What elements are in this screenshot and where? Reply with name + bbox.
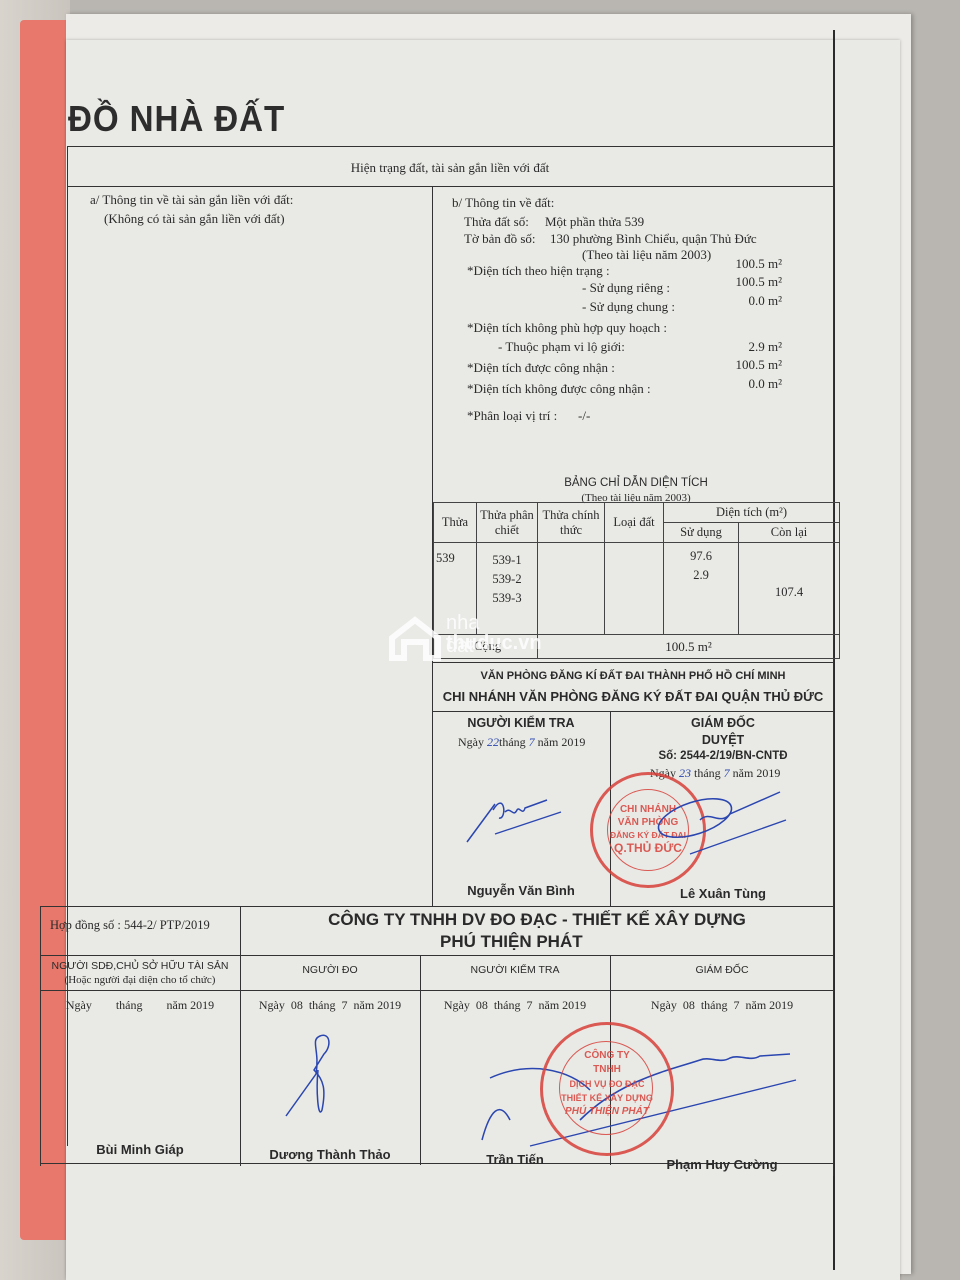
company-name-2: PHÚ THIỆN PHÁT (440, 932, 583, 952)
map-label: Tờ bản đồ số: (464, 231, 536, 247)
director-name: Lê Xuân Tùng (612, 886, 834, 901)
signer-title: NGƯỜI SDĐ,CHỦ SỞ HỮU TÀI SẢN (40, 960, 240, 972)
column-divider (420, 955, 421, 1165)
decision-number: Số: 2544-2/19/BN-CNTĐ (612, 750, 834, 762)
date-year: năm 2019 (733, 766, 781, 780)
frame-right (833, 146, 834, 1176)
section-header: Hiện trạng đất, tài sản gắn liền với đất (67, 160, 833, 176)
sub-parcel: 539-3 (479, 589, 535, 608)
parcel-value: Một phần thửa 539 (545, 214, 644, 230)
cell-loai-dat (605, 543, 664, 635)
stamp-line: PHÚ THIỆN PHÁT (543, 1105, 671, 1119)
signer-date: Ngày tháng năm 2019 (40, 998, 240, 1013)
date-day: 22 (487, 735, 499, 749)
area-row-label: - Thuộc phạm vi lộ giới: (498, 339, 625, 355)
map-value: 130 phường Bình Chiểu, quận Thủ Đức (550, 231, 757, 247)
signer-title: NGƯỜI KIỂM TRA (420, 964, 610, 976)
date-prefix: Ngày (458, 735, 484, 749)
signer-name: Phạm Huy Cường (610, 1157, 834, 1172)
signature-director (650, 790, 790, 860)
area-row-value: 100.5 m² (735, 357, 782, 373)
signer-name: Trần Tiến (420, 1152, 610, 1167)
area-row-label: *Diện tích không phù hợp quy hoạch : (467, 320, 667, 336)
divider (40, 906, 834, 907)
signer-title: GIÁM ĐỐC (610, 964, 834, 976)
date-month-word: tháng (694, 766, 721, 780)
document-title: ĐỒ NHÀ ĐẤT (68, 98, 285, 140)
total-value: 100.5 m² (538, 635, 840, 659)
parcel-label: Thửa đất số: (464, 214, 529, 230)
signer-date: Ngày 08 tháng 7 năm 2019 (420, 998, 610, 1013)
divider (432, 662, 834, 663)
date-month: 7 (529, 735, 535, 749)
cell-sub-parcels: 539-1 539-2 539-3 (477, 543, 538, 635)
signature-inspector (465, 790, 565, 850)
area-row-label: *Diện tích không được công nhận : (467, 381, 651, 397)
header-thua: Thửa (434, 503, 477, 543)
area-row-value: 100.5 m² (735, 256, 782, 272)
signature-surveyor (280, 1030, 360, 1120)
date-month-word: tháng (499, 735, 526, 749)
signer-subtitle: (Hoặc người đại diện cho tổ chức) (40, 974, 240, 986)
date-month: 7 (724, 766, 730, 780)
sub-parcel: 539-1 (479, 551, 535, 570)
section-a-note: (Không có tài sản gắn liền với đất) (104, 211, 285, 227)
area-row-value: 2.9 m² (748, 339, 782, 355)
area-row-label: - Sử dụng chung : (582, 299, 675, 315)
cell-thua-chinh-thuc (538, 543, 605, 635)
divider (432, 711, 834, 712)
section-b-heading: b/ Thông tin về đất: (452, 195, 554, 211)
contract-number: Hợp đồng số : 544-2/ PTP/2019 (50, 918, 210, 933)
area-row-value: -/- (578, 408, 590, 424)
date-year: năm 2019 (538, 735, 586, 749)
section-a-heading: a/ Thông tin về tài sản gắn liền với đất… (90, 192, 293, 208)
source-note: (Theo tài liệu năm 2003) (582, 247, 711, 263)
stamp-text: CÔNG TY TNHH DỊCH VỤ ĐO ĐẠC THIẾT KẾ XÂY… (543, 1049, 671, 1119)
area-table-title: BẢNG CHỈ DẪN DIỆN TÍCH (432, 477, 840, 489)
header-loai-dat: Loại đất (605, 503, 664, 543)
signer-name: Dương Thành Thảo (240, 1147, 420, 1162)
house-logo-icon (388, 616, 442, 662)
inspector-date: Ngày 22tháng 7 năm 2019 (458, 735, 585, 750)
su-dung-value: 2.9 (666, 566, 736, 585)
office-line2: CHI NHÁNH VĂN PHÒNG ĐĂNG KÝ ĐẤT ĐAI QUẬN… (432, 689, 834, 704)
stamp-line: DỊCH VỤ ĐO ĐẠC (543, 1077, 671, 1091)
column-divider (240, 906, 241, 1166)
cell-su-dung: 97.6 2.9 (664, 543, 739, 635)
date-day: 23 (679, 766, 691, 780)
area-row-value: 0.0 m² (748, 293, 782, 309)
inspector-title: NGƯỜI KIỂM TRA (432, 716, 610, 730)
stamp-line: CÔNG TY (543, 1049, 671, 1063)
divider (40, 955, 834, 956)
header-dien-tich: Diện tích (m²) (664, 503, 840, 523)
company-name-1: CÔNG TY TNHH DV ĐO ĐẠC - THIẾT KẾ XÂY DỰ… (240, 910, 834, 930)
area-row-value: 100.5 m² (735, 274, 782, 290)
signer-title: NGƯỜI ĐO (240, 964, 420, 976)
header-con-lai: Còn lại (739, 523, 840, 543)
header-su-dung: Sử dụng (664, 523, 739, 543)
sub-parcel: 539-2 (479, 570, 535, 589)
director-title: GIÁM ĐỐC (612, 716, 834, 730)
signer-date: Ngày 08 tháng 7 năm 2019 (240, 998, 420, 1013)
su-dung-value: 97.6 (666, 547, 736, 566)
office-line1: VĂN PHÒNG ĐĂNG KÍ ĐẤT ĐAI THÀNH PHỐ HỒ C… (432, 670, 834, 682)
watermark-line2: thuduc.vn (446, 632, 542, 655)
director-approved: DUYỆT (612, 733, 834, 747)
header-thua-phan-chiet: Thửa phân chiết (477, 503, 538, 543)
frame-left (67, 146, 68, 1146)
stamp-line: THIẾT KẾ XÂY DỰNG (543, 1091, 671, 1105)
frame-left (40, 906, 41, 1166)
signer-date: Ngày 08 tháng 7 năm 2019 (610, 998, 834, 1013)
area-row-label: *Diện tích theo hiện trạng : (467, 263, 610, 279)
cell-con-lai: 107.4 (739, 543, 840, 635)
signer-name: Bùi Minh Giáp (40, 1142, 240, 1157)
area-row-label: *Phân loại vị trí : (467, 408, 557, 424)
stamp-line: TNHH (543, 1063, 671, 1077)
inspector-name: Nguyễn Văn Bình (432, 883, 610, 898)
company-stamp: CÔNG TY TNHH DỊCH VỤ ĐO ĐẠC THIẾT KẾ XÂY… (540, 1022, 674, 1156)
area-row-label: - Sử dụng riêng : (582, 280, 670, 296)
area-row-value: 0.0 m² (748, 376, 782, 392)
divider (40, 990, 834, 991)
header-thua-chinh-thuc: Thửa chính thức (538, 503, 605, 543)
area-row-label: *Diện tích được công nhận : (467, 360, 615, 376)
divider (67, 186, 833, 187)
